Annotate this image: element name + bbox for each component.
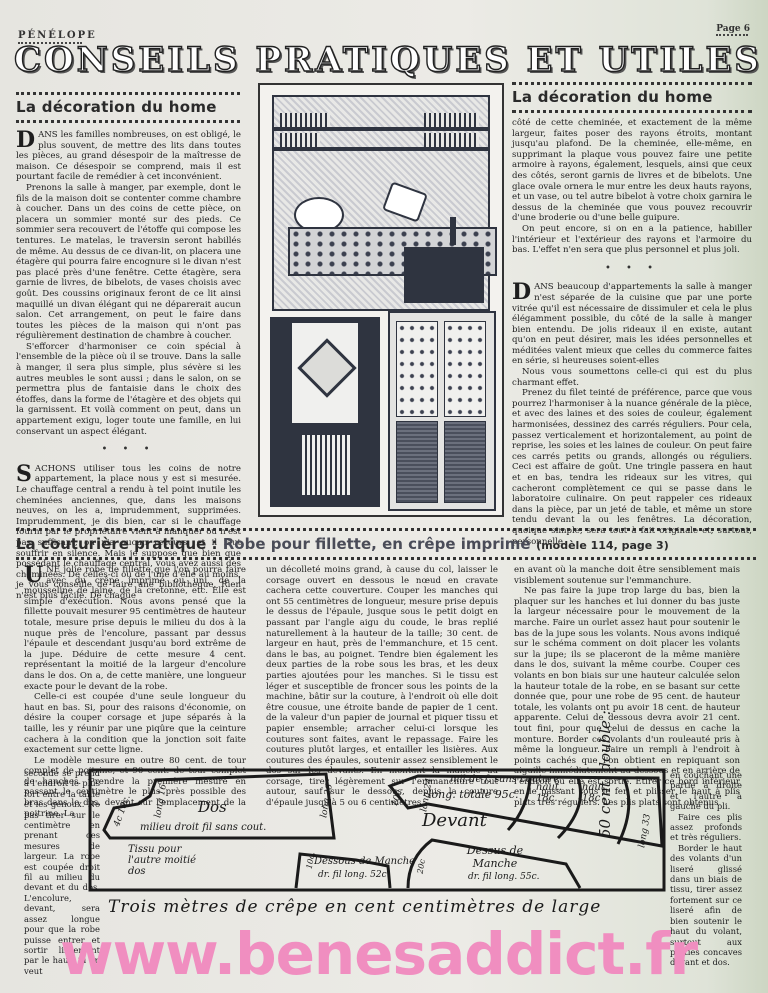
paragraph: Prenons la salle à manger, par exemple, …: [16, 183, 241, 342]
volant-height-1: haut. 18c.: [536, 782, 564, 804]
devant-total-length: long. totale 95c.: [428, 788, 518, 801]
fireplace-bookcase: [270, 317, 380, 507]
paragraph: Celle-ci est coupée d'une seule longueur…: [24, 692, 246, 756]
dos-note: milieu droit fil sans cout.: [140, 822, 266, 833]
dessus-manche-label: Dessus de Manche: [450, 844, 540, 870]
devant-label: Devant: [422, 810, 487, 831]
section-separator: • • •: [512, 264, 752, 275]
drop-cap: U: [24, 565, 43, 585]
fabric-caption: Trois mètres de crêpe en cent centimètre…: [108, 897, 601, 917]
heading-ref: (modèle 114, page 3): [536, 539, 669, 552]
drop-cap: D: [16, 130, 35, 150]
heading-main: La couturière pratique :: [16, 535, 223, 553]
left-article-heading: La décoration du home: [16, 92, 240, 123]
section-separator: • • •: [16, 445, 241, 456]
page-title: CONSEILS PRATIQUES ET UTILES: [14, 40, 754, 80]
paragraph: DANS beaucoup d'appartements la salle à …: [512, 282, 752, 367]
dessous-manche-label: Dessous de Manche: [314, 856, 415, 867]
paragraph: en avant où la manche doit être sensible…: [514, 565, 740, 586]
fabric-width-note: 50 cent. double :: [596, 710, 614, 838]
paragraph: On peut encore, si on en a la patience, …: [512, 224, 752, 256]
glass-door-curtains: [388, 311, 496, 511]
paragraph: Prenez du filet teinté de préférence, pa…: [512, 388, 752, 547]
paragraph: DANS les familles nombreuses, on est obl…: [16, 130, 241, 183]
right-article-heading: La décoration du home: [512, 82, 752, 113]
magazine-page: PÉNÉLOPE Page 6 CONSEILS PRATIQUES ET UT…: [0, 0, 768, 993]
divan-bed-scene: [272, 95, 490, 311]
drop-cap: S: [16, 464, 32, 484]
page-number: Page 6: [716, 24, 750, 36]
paragraph: Nous vous soumettons celle-ci qui est du…: [512, 367, 752, 388]
right-article-body: côté de cette cheminée, et exactement de…: [512, 118, 752, 547]
website-watermark: www.benesaddict.fr: [60, 920, 697, 988]
interior-illustration: [258, 83, 504, 517]
dessus-manche-note: dr. fil long. 55c.: [468, 872, 539, 882]
sewing-article-heading: La couturière pratique : Robe pour fille…: [16, 534, 766, 553]
drop-cap: D: [512, 282, 531, 302]
dos-label: Dos: [198, 798, 227, 816]
paragraph: UNE jolie robe de fillette que l'on pour…: [24, 565, 246, 692]
section-divider: [16, 557, 756, 560]
section-divider: [16, 528, 756, 531]
paragraph: S'efforcer d'harmoniser ce coin spécial …: [16, 342, 241, 437]
heading-sub: Robe pour fillette, en crêpe imprimé: [223, 535, 531, 553]
sewing-pattern-diagram: 4c 10c. long 16 long 26 Dos milieu droit…: [88, 768, 670, 894]
paragraph: côté de cette cheminée, et exactement de…: [512, 118, 752, 224]
dessous-manche-note: dr. fil long. 52c.: [318, 870, 389, 880]
tissu-note: Tissu pour l'autre moitié dos: [128, 844, 198, 877]
